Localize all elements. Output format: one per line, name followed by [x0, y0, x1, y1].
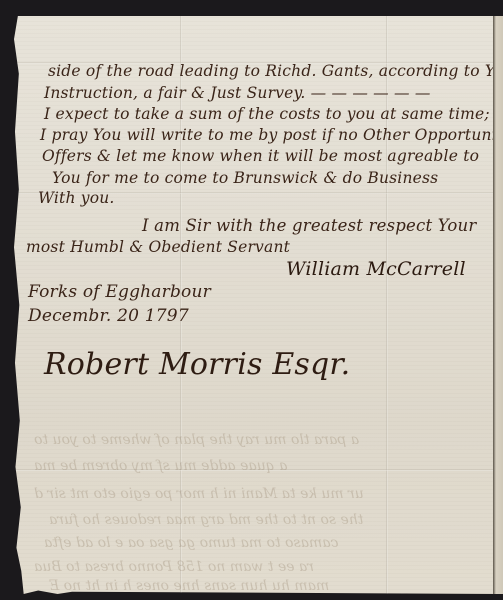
- place-line: Forks of Eggharbour: [28, 282, 211, 302]
- signature: William McCarrell: [286, 258, 466, 280]
- letter-body-line: side of the road leading to Richd. Gants…: [48, 62, 503, 81]
- bleed-through-text: ur mu ke ta Mani ni h mor po egio eto mt…: [34, 486, 364, 502]
- document-scan: a para tlo mu ray the plan of wheme to y…: [0, 0, 503, 600]
- letter-closing-line: I am Sir with the greatest respect Your: [142, 216, 476, 235]
- letter-body-line: I pray You will write to me by post if n…: [40, 126, 503, 145]
- bleed-through-text: camaso to ma tumo ga gsa oa e lo ad efta: [44, 535, 338, 551]
- bleed-through-text: a para tlo mu ray the plan of wheme to y…: [34, 432, 359, 448]
- letter-body-line: With you.: [38, 189, 115, 208]
- letter-paper: a para tlo mu ray the plan of wheme to y…: [14, 16, 498, 594]
- bleed-through-text: ra ee t wam no 158 Ponno bresa to Bua: [34, 559, 314, 575]
- letter-body-line: Offers & let me know when it will be mos…: [42, 147, 479, 166]
- letter-body-line: I expect to take a sum of the costs to y…: [44, 105, 490, 124]
- letter-body-line: Instruction, a fair & Just Survey. — — —…: [44, 84, 431, 103]
- bleed-through-text: mam hu hun sans hne ones h in ht no E: [49, 578, 329, 594]
- letter-closing-line: most Humbl & Obedient Servant: [26, 238, 290, 257]
- paper-edge: [493, 16, 503, 594]
- bleed-through-text: the so nt to the md arg maa redoues ho f…: [49, 512, 363, 528]
- letter-body-line: You for me to come to Brunswick & do Bus…: [52, 169, 438, 188]
- date-line: Decembr. 20 1797: [28, 306, 189, 326]
- bleed-through-text: a quae adde mu sf my obrem be ma: [34, 458, 287, 474]
- addressee: Robert Morris Esqr.: [44, 347, 350, 382]
